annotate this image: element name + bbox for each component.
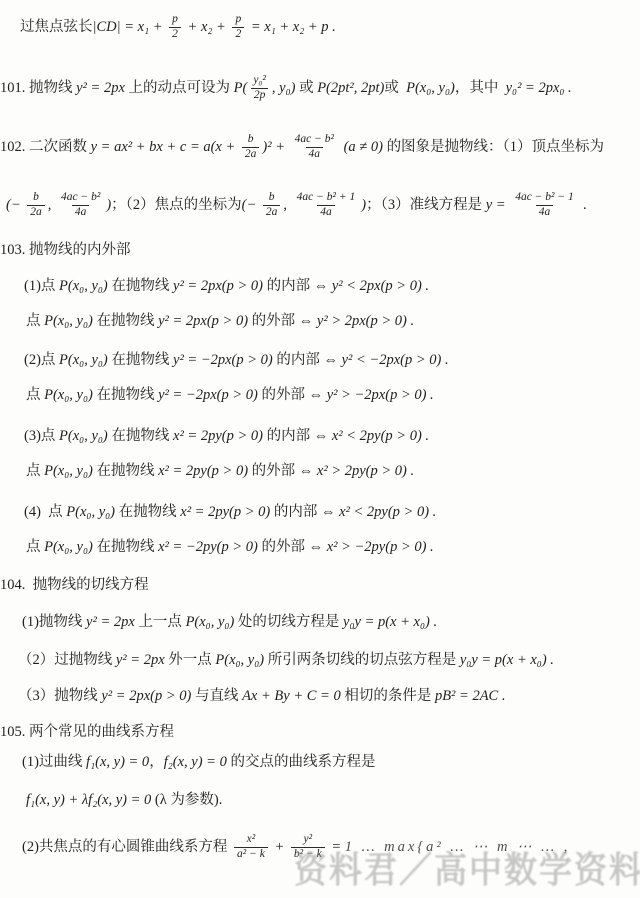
formula-line-104-3: （3）抛物线 y² = 2px(p > 0) 与直线 Ax + By + C =… xyxy=(18,684,640,708)
text-run: 103. 抛物线的内外部 xyxy=(0,238,131,262)
text-run: 在抛物线 xyxy=(93,535,158,559)
text-run: P(x₀, y₀) xyxy=(186,610,235,634)
text-run: (a ≠ 0) xyxy=(340,135,383,159)
text-run: 或 xyxy=(384,76,406,100)
text-run: ⇔ x² < 2py(p > 0) . xyxy=(314,424,429,448)
text-run: y₀y = p(x + x₀) . xyxy=(343,610,437,634)
text-run: 点 xyxy=(26,309,44,333)
formula-line-103-2-exterior: 点 P(x₀, y₀) 在抛物线 y² = −2px(p > 0) 的外部 ⇔ … xyxy=(26,383,640,407)
text-run: ；（2）焦点的坐标为 xyxy=(111,193,242,217)
text-run: (− xyxy=(242,193,260,217)
text-run: (2)点 xyxy=(24,348,59,372)
heading-105: 105. 两个常见的曲线系方程 xyxy=(0,720,640,744)
fraction: 4ac − b²4a xyxy=(58,191,103,220)
fraction: 4ac − b²4a xyxy=(292,133,337,162)
text-run: P(x₀, y₀) xyxy=(59,424,108,448)
text-run: ⇔ x² < 2py(p > 0) . xyxy=(321,500,436,524)
text-run: + xyxy=(271,835,288,859)
text-run: ， xyxy=(149,750,164,774)
text-run: （2）过抛物线 xyxy=(18,648,116,672)
formula-line-101: 101. 抛物线 y² = 2px 上的动点可设为 P(y₀²2p, y₀) 或… xyxy=(0,62,640,114)
text-run: 在抛物线 xyxy=(108,424,173,448)
text-run: 的交点的曲线系方程是 xyxy=(227,750,376,774)
formula-line-104-1: (1)抛物线 y² = 2px 上一点 P(x₀, y₀) 处的切线方程是 y₀… xyxy=(22,610,640,634)
text-run: y² = −2px(p > 0) xyxy=(173,348,273,372)
text-run: |CD| = x₁ + xyxy=(93,15,167,39)
text-run: y² = −2px(p > 0) xyxy=(158,383,258,407)
text-run: = x₁ + x₂ + p . xyxy=(247,15,336,39)
formula-line-105-1-part1: (1)过曲线 f₁(x, y) = 0，f₂(x, y) = 0 的交点的曲线系… xyxy=(22,750,640,774)
text-run: P( xyxy=(234,76,248,100)
text-run: P(x₀, y₀) xyxy=(59,274,108,298)
text-run: 101. 抛物线 xyxy=(0,76,76,100)
text-run: , y₀) xyxy=(272,76,296,100)
text-run: ，其中 xyxy=(455,76,506,100)
text-run: ⇔ x² > 2py(p > 0) . xyxy=(299,459,414,483)
text-run: y₀y = p(x + x₀) . xyxy=(460,648,554,672)
text-run: 105. 两个常见的曲线系方程 xyxy=(0,720,174,744)
formula-line-chord-length: 过焦点弦长|CD| = x₁ + p2 + x₂ + p2 = x₁ + x₂ … xyxy=(20,4,640,50)
text-run: P(x₀, y₀) xyxy=(66,500,115,524)
text-run: pB² = 2AC . xyxy=(435,684,506,708)
text-run: 的内部 xyxy=(273,348,324,372)
text-run: 上的动点可设为 xyxy=(125,76,234,100)
formula-line-102-part2: (− b2a, 4ac − b²4a)；（2）焦点的坐标为(− b2a, 4ac… xyxy=(6,178,640,232)
text-run: (1)抛物线 xyxy=(22,610,86,634)
text-run: P(x₀, y₀) xyxy=(215,648,264,672)
fraction: y₀²2p xyxy=(250,74,269,103)
text-run: 点 xyxy=(26,459,44,483)
text-run: 点 xyxy=(26,383,44,407)
text-run: x² = −2py(p > 0) xyxy=(158,535,258,559)
text-run: 上一点 xyxy=(135,610,186,634)
text-run: 处的切线方程是 xyxy=(234,610,343,634)
text-run: （3）抛物线 xyxy=(18,684,101,708)
text-run: ⇔ y² > −2px(p > 0) . xyxy=(309,383,434,407)
text-run: P(x₀, y₀) xyxy=(406,76,455,100)
text-run: 在抛物线 xyxy=(93,459,158,483)
text-run: . xyxy=(580,193,587,217)
text-run: 相切的条件是 xyxy=(341,684,435,708)
text-run: y² = 2px xyxy=(76,76,125,100)
formula-line-103-1-exterior: 点 P(x₀, y₀) 在抛物线 y² = 2px(p > 0) 的外部 ⇔ y… xyxy=(26,309,640,333)
formula-line-103-3-interior: (3)点 P(x₀, y₀) 在抛物线 x² = 2py(p > 0) 的内部 … xyxy=(24,424,640,448)
text-run: ⇔ y² > 2px(p > 0) . xyxy=(299,309,414,333)
text-run: P(x₀, y₀) xyxy=(44,535,93,559)
text-run: y² = 2px xyxy=(86,610,135,634)
text-run: f₂(x, y) = 0 xyxy=(164,750,227,774)
text-run: + x₂ + xyxy=(184,15,230,39)
text-run: 在抛物线 xyxy=(108,274,173,298)
text-run: 1 … max{a² … ⋯ m ⋯ … , xyxy=(345,835,571,859)
text-run: 或 xyxy=(295,76,317,100)
formula-line-105-1-part2: f₁(x, y) + λf₂(x, y) = 0 (λ 为参数). xyxy=(26,788,640,812)
text-run: P(2pt², 2pt) xyxy=(317,76,384,100)
text-run: P(x₀, y₀) xyxy=(44,459,93,483)
fraction: 4ac − b² + 14a xyxy=(294,191,359,220)
fraction: p2 xyxy=(169,13,181,42)
text-run: x² = 2py(p > 0) xyxy=(158,459,248,483)
fraction: y²b² − k xyxy=(291,833,325,862)
text-run: 的外部 xyxy=(258,535,309,559)
text-run: y₀² = 2px₀ . xyxy=(506,76,572,100)
text-run: ⇔ x² > −2py(p > 0) . xyxy=(309,535,434,559)
heading-103: 103. 抛物线的内外部 xyxy=(0,238,640,262)
fraction: b2a xyxy=(242,133,260,162)
text-run: 104. 抛物线的切线方程 xyxy=(0,573,149,597)
text-run: f₁(x, y) = 0 xyxy=(86,750,149,774)
fraction: p2 xyxy=(232,13,244,42)
text-run: 的图象是抛物线：（1）顶点坐标为 xyxy=(383,135,604,159)
formula-line-103-1-interior: (1)点 P(x₀, y₀) 在抛物线 y² = 2px(p > 0) 的内部 … xyxy=(24,274,640,298)
text-run: Ax + By + C = 0 xyxy=(242,684,341,708)
text-run: P(x₀, y₀) xyxy=(59,348,108,372)
text-run: ；（3）准线方程是 xyxy=(366,193,486,217)
text-run: 的外部 xyxy=(248,459,299,483)
text-run: , xyxy=(283,193,290,217)
fraction: b2a xyxy=(27,191,45,220)
formula-line-103-2-interior: (2)点 P(x₀, y₀) 在抛物线 y² = −2px(p > 0) 的内部… xyxy=(24,348,640,372)
text-run: (1)过曲线 xyxy=(22,750,86,774)
text-run: 所引两条切线的切点弦方程是 xyxy=(264,648,460,672)
formula-line-103-4-exterior: 点 P(x₀, y₀) 在抛物线 x² = −2py(p > 0) 的外部 ⇔ … xyxy=(26,535,640,559)
text-run: (4) 点 xyxy=(24,500,66,524)
text-run: y = ax² + bx + c = a(x + xyxy=(91,135,239,159)
text-run: P(x₀, y₀) xyxy=(44,309,93,333)
text-run: P(x₀, y₀) xyxy=(44,383,93,407)
text-run: ⇔ y² < 2px(p > 0) . xyxy=(314,274,429,298)
text-run: (λ 为参数). xyxy=(151,788,222,812)
document-page: 过焦点弦长|CD| = x₁ + p2 + x₂ + p2 = x₁ + x₂ … xyxy=(0,0,640,898)
text-run: x² = 2py(p > 0) xyxy=(173,424,263,448)
formula-line-104-2: （2）过抛物线 y² = 2px 外一点 P(x₀, y₀) 所引两条切线的切点… xyxy=(18,648,640,672)
text-run: 在抛物线 xyxy=(115,500,180,524)
text-run: 的内部 xyxy=(263,274,314,298)
fraction: 4ac − b² − 14a xyxy=(512,191,577,220)
text-run: (− xyxy=(6,193,24,217)
text-run: 102. 二次函数 xyxy=(0,135,91,159)
text-run: f₁(x, y) + λf₂(x, y) = 0 xyxy=(26,788,151,812)
fraction: x²a² − k xyxy=(234,833,268,862)
text-run: 外一点 xyxy=(165,648,216,672)
text-run: 过焦点弦长 xyxy=(20,15,93,39)
heading-104: 104. 抛物线的切线方程 xyxy=(0,573,640,597)
text-run: y² = 2px xyxy=(116,648,165,672)
text-run: y² = 2px(p > 0) xyxy=(173,274,263,298)
text-run: 的内部 xyxy=(270,500,321,524)
text-run: y = xyxy=(486,193,509,217)
text-run: 与直线 xyxy=(191,684,242,708)
formula-line-102-part1: 102. 二次函数 y = ax² + bx + c = a(x + b2a)²… xyxy=(0,122,640,172)
text-run: 的内部 xyxy=(263,424,314,448)
text-run: 在抛物线 xyxy=(93,383,158,407)
text-run: x² = 2py(p > 0) xyxy=(180,500,270,524)
text-run: 在抛物线 xyxy=(93,309,158,333)
text-run: (3)点 xyxy=(24,424,59,448)
text-run: 在抛物线 xyxy=(108,348,173,372)
text-run: (2)共焦点的有心圆锥曲线系方程 xyxy=(22,835,231,859)
text-run: , xyxy=(48,193,55,217)
text-run: y² = 2px(p > 0) xyxy=(101,684,191,708)
text-run: 的外部 xyxy=(248,309,299,333)
formula-line-103-3-exterior: 点 P(x₀, y₀) 在抛物线 x² = 2py(p > 0) 的外部 ⇔ x… xyxy=(26,459,640,483)
text-run: ⇔ y² < −2px(p > 0) . xyxy=(324,348,449,372)
text-run: 点 xyxy=(26,535,44,559)
formula-line-105-2: (2)共焦点的有心圆锥曲线系方程 x²a² − k + y²b² − k = 1… xyxy=(22,822,640,872)
fraction: b2a xyxy=(263,191,281,220)
text-run: )² + xyxy=(262,135,288,159)
text-run: y² = 2px(p > 0) xyxy=(158,309,248,333)
text-run: (1)点 xyxy=(24,274,59,298)
formula-line-103-4-interior: (4) 点 P(x₀, y₀) 在抛物线 x² = 2py(p > 0) 的内部… xyxy=(24,500,640,524)
text-run: 的外部 xyxy=(258,383,309,407)
text-run: = xyxy=(328,835,345,859)
